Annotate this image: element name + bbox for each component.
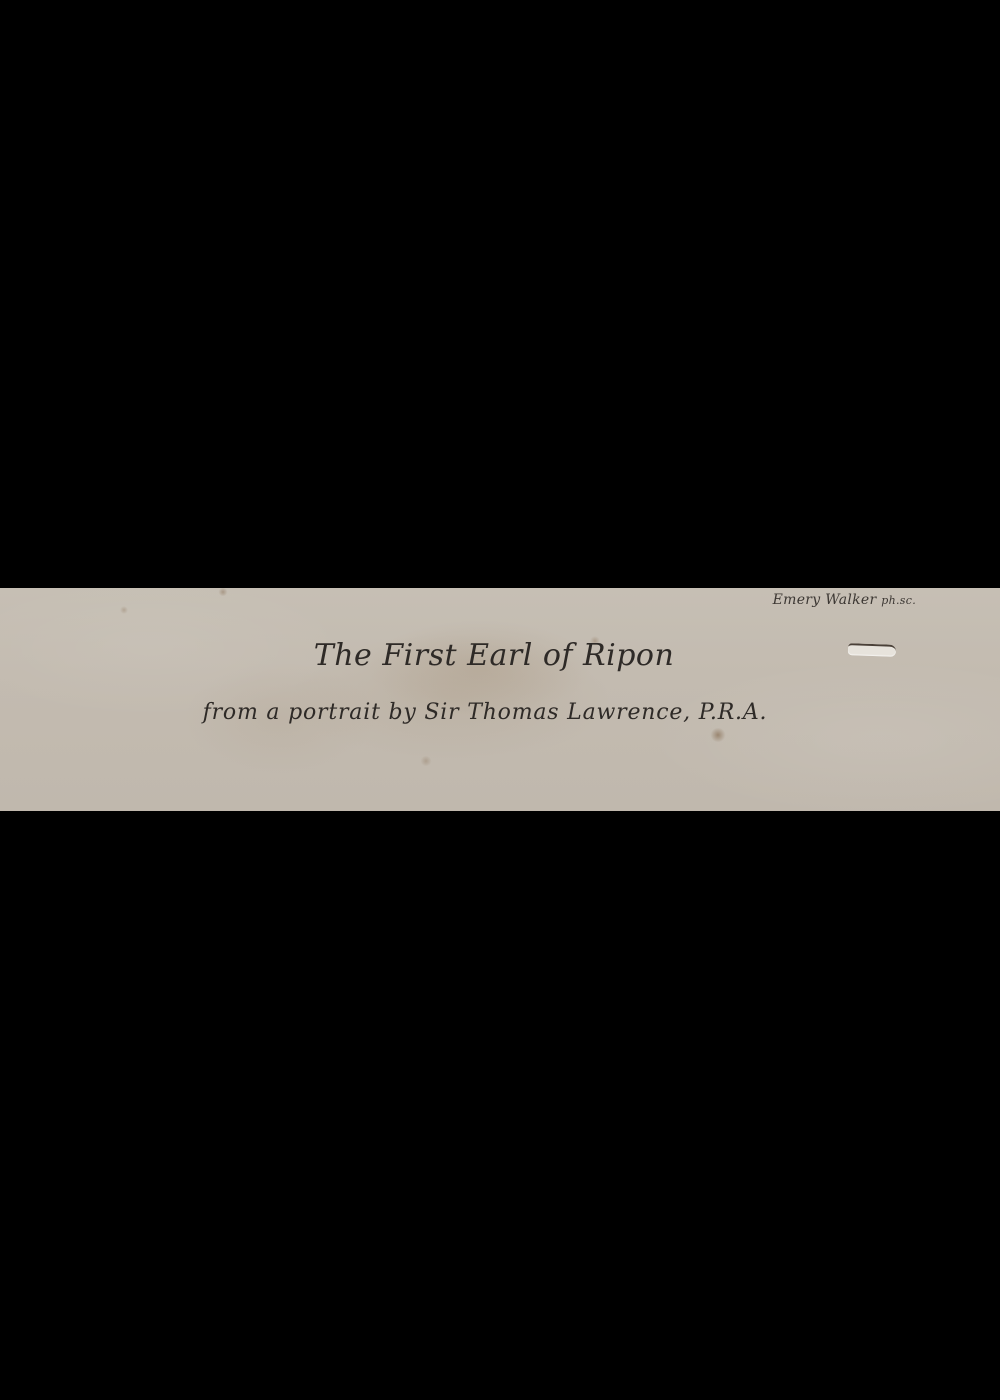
foxing-stain <box>218 588 228 596</box>
foxing-stain <box>120 606 128 614</box>
foxing-stain <box>420 756 432 766</box>
foxing-stain <box>710 728 726 742</box>
engraver-suffix: ph.sc. <box>881 594 916 607</box>
engraver-name: Emery Walker <box>773 592 877 608</box>
caption-paper-strip: Emery Walker ph.sc. The First Earl of Ri… <box>0 588 1000 811</box>
engraver-credit: Emery Walker ph.sc. <box>773 592 916 608</box>
portrait-title: The First Earl of Ripon <box>0 638 1000 673</box>
portrait-attribution: from a portrait by Sir Thomas Lawrence, … <box>0 700 1000 725</box>
